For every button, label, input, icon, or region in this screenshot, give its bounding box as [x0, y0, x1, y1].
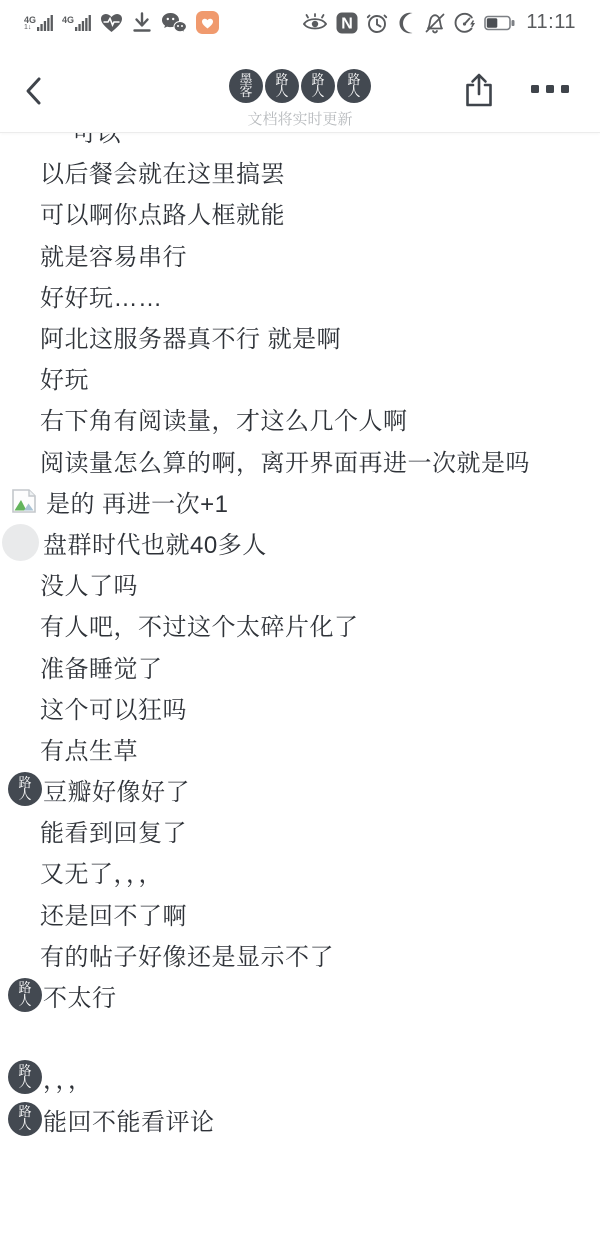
message-text: 以后餐会就在这里搞罢: [40, 154, 285, 189]
message-text: 豆瓣好像好了: [43, 772, 190, 807]
message-list: 可以以后餐会就在这里搞罢可以啊你点路人框就能就是容易串行好好玩……阿北这服务器真…: [0, 110, 600, 1140]
message-text: 右下角有阅读量，才这么几个人啊: [40, 401, 408, 436]
doc-status-text: 文档将实时更新: [0, 108, 600, 129]
health-app-icon: [196, 11, 219, 34]
message-row[interactable]: 有点生草: [0, 728, 600, 769]
screen: 4G1↓ 4G: [0, 0, 600, 1246]
sender-avatar-blank[interactable]: [2, 524, 39, 561]
message-row[interactable]: 好好玩……: [0, 275, 600, 316]
message-text: 有人吧，不过这个太碎片化了: [40, 607, 359, 642]
message-text: 好好玩……: [40, 278, 163, 313]
status-bar: 4G1↓ 4G: [0, 0, 600, 45]
message-row[interactable]: 路人能回不能看评论: [0, 1099, 600, 1140]
message-text: 盘群时代也就40多人: [43, 525, 267, 560]
message-text: 没人了吗: [40, 566, 138, 601]
share-button[interactable]: [461, 72, 497, 110]
message-row[interactable]: 就是容易串行: [0, 234, 600, 275]
collaborator-avatar[interactable]: 路人: [337, 69, 371, 103]
message-row[interactable]: 有的帖子好像还是显示不了: [0, 934, 600, 975]
message-text: 又无了，，，: [40, 854, 163, 889]
blank-row: [0, 1016, 600, 1057]
sender-avatar[interactable]: 路人: [8, 772, 42, 806]
sender-avatar[interactable]: 路人: [8, 1060, 42, 1094]
message-row[interactable]: 盘群时代也就40多人: [0, 522, 600, 563]
message-row[interactable]: 阿北这服务器真不行 就是啊: [0, 316, 600, 357]
message-text: 是的 再进一次+1: [46, 484, 229, 519]
wechat-icon: [161, 12, 187, 34]
broken-image-icon[interactable]: [10, 487, 38, 515]
message-row[interactable]: 阅读量怎么算的啊，离开界面再进一次就是吗: [0, 440, 600, 481]
status-right-icons: N: [302, 11, 576, 34]
doc-header: 墨客路人路人路人 文档将实时更新: [0, 45, 600, 132]
battery-icon: [484, 15, 515, 31]
message-row[interactable]: 路人不太行: [0, 975, 600, 1016]
message-text: 可以啊你点路人框就能: [40, 195, 285, 230]
message-row[interactable]: 可以啊你点路人框就能: [0, 192, 600, 233]
message-row[interactable]: 有人吧，不过这个太碎片化了: [0, 604, 600, 645]
sender-avatar[interactable]: 路人: [8, 1102, 42, 1136]
status-left-icons: 4G1↓ 4G: [24, 11, 219, 34]
clock-time: 11:11: [526, 11, 576, 34]
svg-text:N: N: [342, 15, 354, 32]
collaborator-avatar[interactable]: 墨客: [229, 69, 263, 103]
message-text: 不太行: [43, 978, 117, 1013]
message-text: 阿北这服务器真不行 就是啊: [40, 319, 341, 354]
sim2-4g-signal-icon: 4G: [62, 14, 91, 32]
collaborator-avatar[interactable]: 路人: [301, 69, 335, 103]
sim1-4g-signal-icon: 4G1↓: [24, 14, 53, 32]
message-row[interactable]: 又无了，，，: [0, 851, 600, 892]
message-text: 就是容易串行: [40, 237, 187, 272]
message-row[interactable]: 是的 再进一次+1: [0, 481, 600, 522]
message-text: 这个可以狂吗: [40, 690, 187, 725]
message-text: 阅读量怎么算的啊，离开界面再进一次就是吗: [40, 443, 530, 478]
message-text: 好玩: [40, 360, 89, 395]
message-row[interactable]: 右下角有阅读量，才这么几个人啊: [0, 398, 600, 439]
message-text: 准备睡觉了: [40, 649, 163, 684]
message-row[interactable]: 路人，，，: [0, 1057, 600, 1098]
alarm-icon: [366, 12, 388, 34]
message-text: 有的帖子好像还是显示不了: [40, 937, 334, 972]
message-row[interactable]: 没人了吗: [0, 563, 600, 604]
download-icon: [132, 12, 152, 33]
eye-comfort-icon: [302, 13, 328, 33]
message-text: ，，，: [43, 1060, 93, 1095]
message-text: 有点生草: [40, 731, 138, 766]
heart-pulse-icon: [100, 13, 123, 33]
sender-avatar[interactable]: 路人: [8, 978, 42, 1012]
message-row[interactable]: 能看到回复了: [0, 810, 600, 851]
collaborator-avatar[interactable]: 路人: [265, 69, 299, 103]
mute-bell-icon: [424, 12, 446, 34]
nfc-icon: N: [336, 12, 358, 34]
message-text: 还是回不了啊: [40, 896, 187, 931]
more-menu-button[interactable]: [531, 85, 569, 93]
collaborator-avatars: 墨客路人路人路人: [0, 69, 600, 103]
message-row[interactable]: 准备睡觉了: [0, 645, 600, 686]
message-row[interactable]: 以后餐会就在这里搞罢: [0, 151, 600, 192]
message-text: 能看到回复了: [40, 813, 187, 848]
message-row[interactable]: 这个可以狂吗: [0, 687, 600, 728]
message-row[interactable]: 还是回不了啊: [0, 893, 600, 934]
moon-icon: [396, 12, 416, 34]
message-text: 能回不能看评论: [43, 1102, 215, 1137]
message-row[interactable]: 好玩: [0, 357, 600, 398]
performance-gauge-icon: [454, 12, 476, 34]
message-row[interactable]: 路人豆瓣好像好了: [0, 769, 600, 810]
